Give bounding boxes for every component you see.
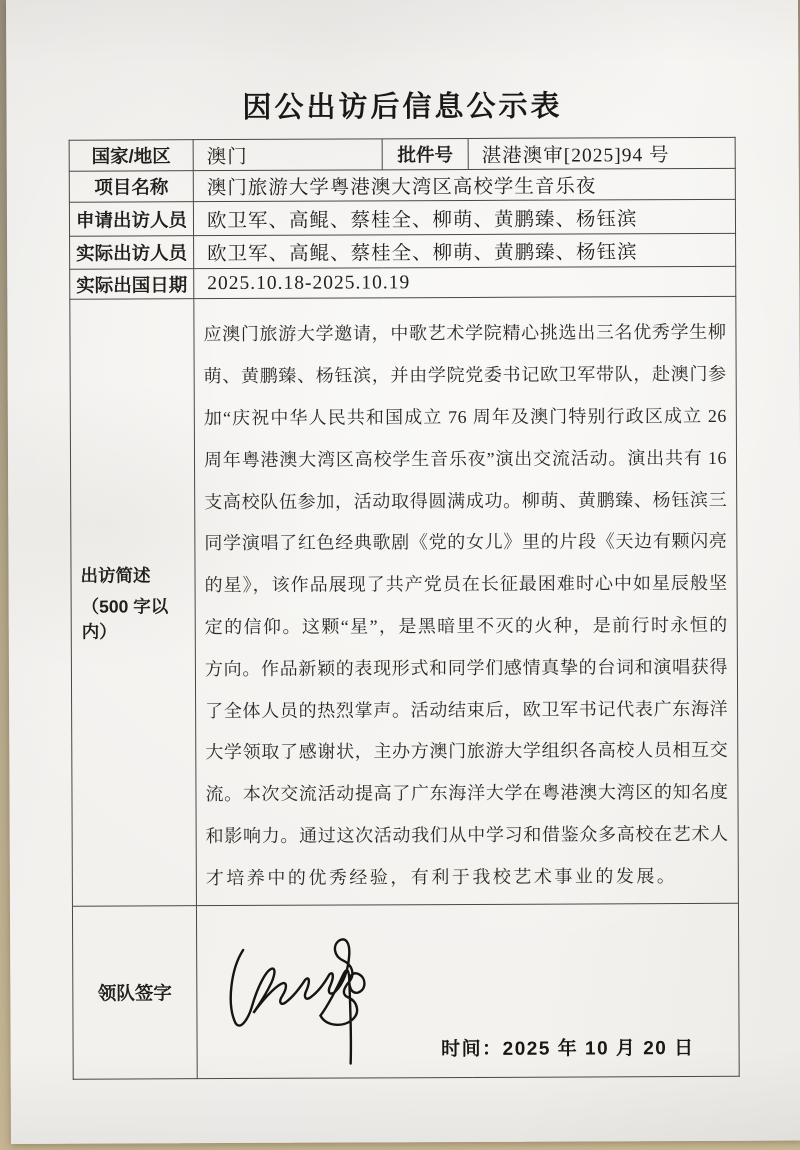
actual-personnel-value: 欧卫军、高鲲、蔡桂全、柳萌、黄鹏臻、杨钰滨 xyxy=(194,233,736,268)
paragraph-line: 大学领取了感谢状，主办方澳门旅游大学组织各高校人员相互交 xyxy=(205,730,728,774)
paragraph-line: 定的信仰。这颗“星”，是黑暗里不灭的火种，是前行时永恒的 xyxy=(205,605,728,649)
project-value: 澳门旅游大学粤港澳大湾区高校学生音乐夜 xyxy=(193,168,735,201)
paper-sheet: 因公出访后信息公示表 国家/地区 澳门 批件号 湛港澳审[2025]94 号 项… xyxy=(6,0,800,1144)
paragraph-line: 了全体人员的热烈掌声。活动结束后，欧卫军书记代表广东海洋 xyxy=(205,688,728,732)
summary-label-line1: 出访简述 xyxy=(80,562,193,587)
summary-label: 出访简述 （500 字以内） xyxy=(70,299,197,907)
applied-personnel-label: 申请出访人员 xyxy=(69,202,193,237)
applied-personnel-value: 欧卫军、高鲲、蔡桂全、柳萌、黄鹏臻、杨钰滨 xyxy=(193,199,735,235)
approval-no-value: 湛港澳审[2025]94 号 xyxy=(468,137,735,169)
paragraph-line: 和影响力。通过这次活动我们从中学习和借鉴众多高校在艺术人 xyxy=(206,814,729,858)
travel-dates-value: 2025.10.18-2025.10.19 xyxy=(194,266,736,298)
paragraph-line: 萌、黄鹏臻、杨钰滨，并由学院党委书记欧卫军带队，赴澳门参 xyxy=(204,354,727,398)
paragraph-line: 同学演唱了红色经典歌剧《党的女儿》里的片段《天边有颗闪亮 xyxy=(204,521,727,565)
handwritten-signature-icon xyxy=(215,923,376,1074)
signature-cell: 时间：2025 年 10 月 20 日 xyxy=(196,903,739,1078)
row-actual-personnel: 实际出访人员 欧卫军、高鲲、蔡桂全、柳萌、黄鹏臻、杨钰滨 xyxy=(70,233,736,269)
paragraph-line: 的星》，该作品展现了共产党员在长征最困难时心中如星辰般坚 xyxy=(204,563,727,607)
paragraph-line: 支高校队伍参加，活动取得圆满成功。柳萌、黄鹏臻、杨钰滨三 xyxy=(204,479,727,523)
row-travel-dates: 实际出国日期 2025.10.18-2025.10.19 xyxy=(70,266,736,299)
country-value: 澳门 xyxy=(193,139,382,171)
paragraph-line: 才培养中的优秀经验，有利于我校艺术事业的发展。 xyxy=(206,856,729,900)
paragraph-line: 方向。作品新颖的表现形式和同学们感情真挚的台词和演唱获得 xyxy=(205,647,728,691)
signature-date: 时间：2025 年 10 月 20 日 xyxy=(441,1033,695,1061)
paragraph-line: 流。本次交流活动提高了广东海洋大学在粤港澳大湾区的知名度 xyxy=(205,772,728,816)
project-label: 项目名称 xyxy=(69,171,193,203)
paragraph-line: 周年粤港澳大湾区高校学生音乐夜”演出交流活动。演出共有 16 xyxy=(204,438,727,482)
row-project: 项目名称 澳门旅游大学粤港澳大湾区高校学生音乐夜 xyxy=(69,168,735,202)
photo-of-document: 因公出访后信息公示表 国家/地区 澳门 批件号 湛港澳审[2025]94 号 项… xyxy=(0,0,800,1150)
summary-paragraph: 应澳门旅游大学邀请，中歌艺术学院精心挑选出三名优秀学生柳萌、黄鹏臻、杨钰滨，并由… xyxy=(194,296,739,905)
approval-no-label: 批件号 xyxy=(382,138,468,169)
country-label: 国家/地区 xyxy=(69,140,193,172)
info-table: 国家/地区 澳门 批件号 湛港澳审[2025]94 号 项目名称 澳门旅游大学粤… xyxy=(69,137,740,1080)
row-signature: 领队签字 时间：2025 年 10 月 20 日 xyxy=(72,903,739,1079)
form-title: 因公出访后信息公示表 xyxy=(6,83,798,127)
travel-dates-label: 实际出国日期 xyxy=(70,269,194,300)
signature-label: 领队签字 xyxy=(72,906,197,1080)
row-applied-personnel: 申请出访人员 欧卫军、高鲲、蔡桂全、柳萌、黄鹏臻、杨钰滨 xyxy=(69,199,735,236)
paragraph-line: 加“庆祝中华人民共和国成立 76 周年及澳门特别行政区成立 26 xyxy=(204,396,727,440)
paragraph-line: 应澳门旅游大学邀请，中歌艺术学院精心挑选出三名优秀学生柳 xyxy=(203,312,726,356)
row-summary: 出访简述 （500 字以内） 应澳门旅游大学邀请，中歌艺术学院精心挑选出三名优秀… xyxy=(70,296,739,906)
row-country-approval: 国家/地区 澳门 批件号 湛港澳审[2025]94 号 xyxy=(69,137,735,171)
actual-personnel-label: 实际出访人员 xyxy=(70,236,194,270)
summary-label-line2: （500 字以内） xyxy=(82,593,194,643)
